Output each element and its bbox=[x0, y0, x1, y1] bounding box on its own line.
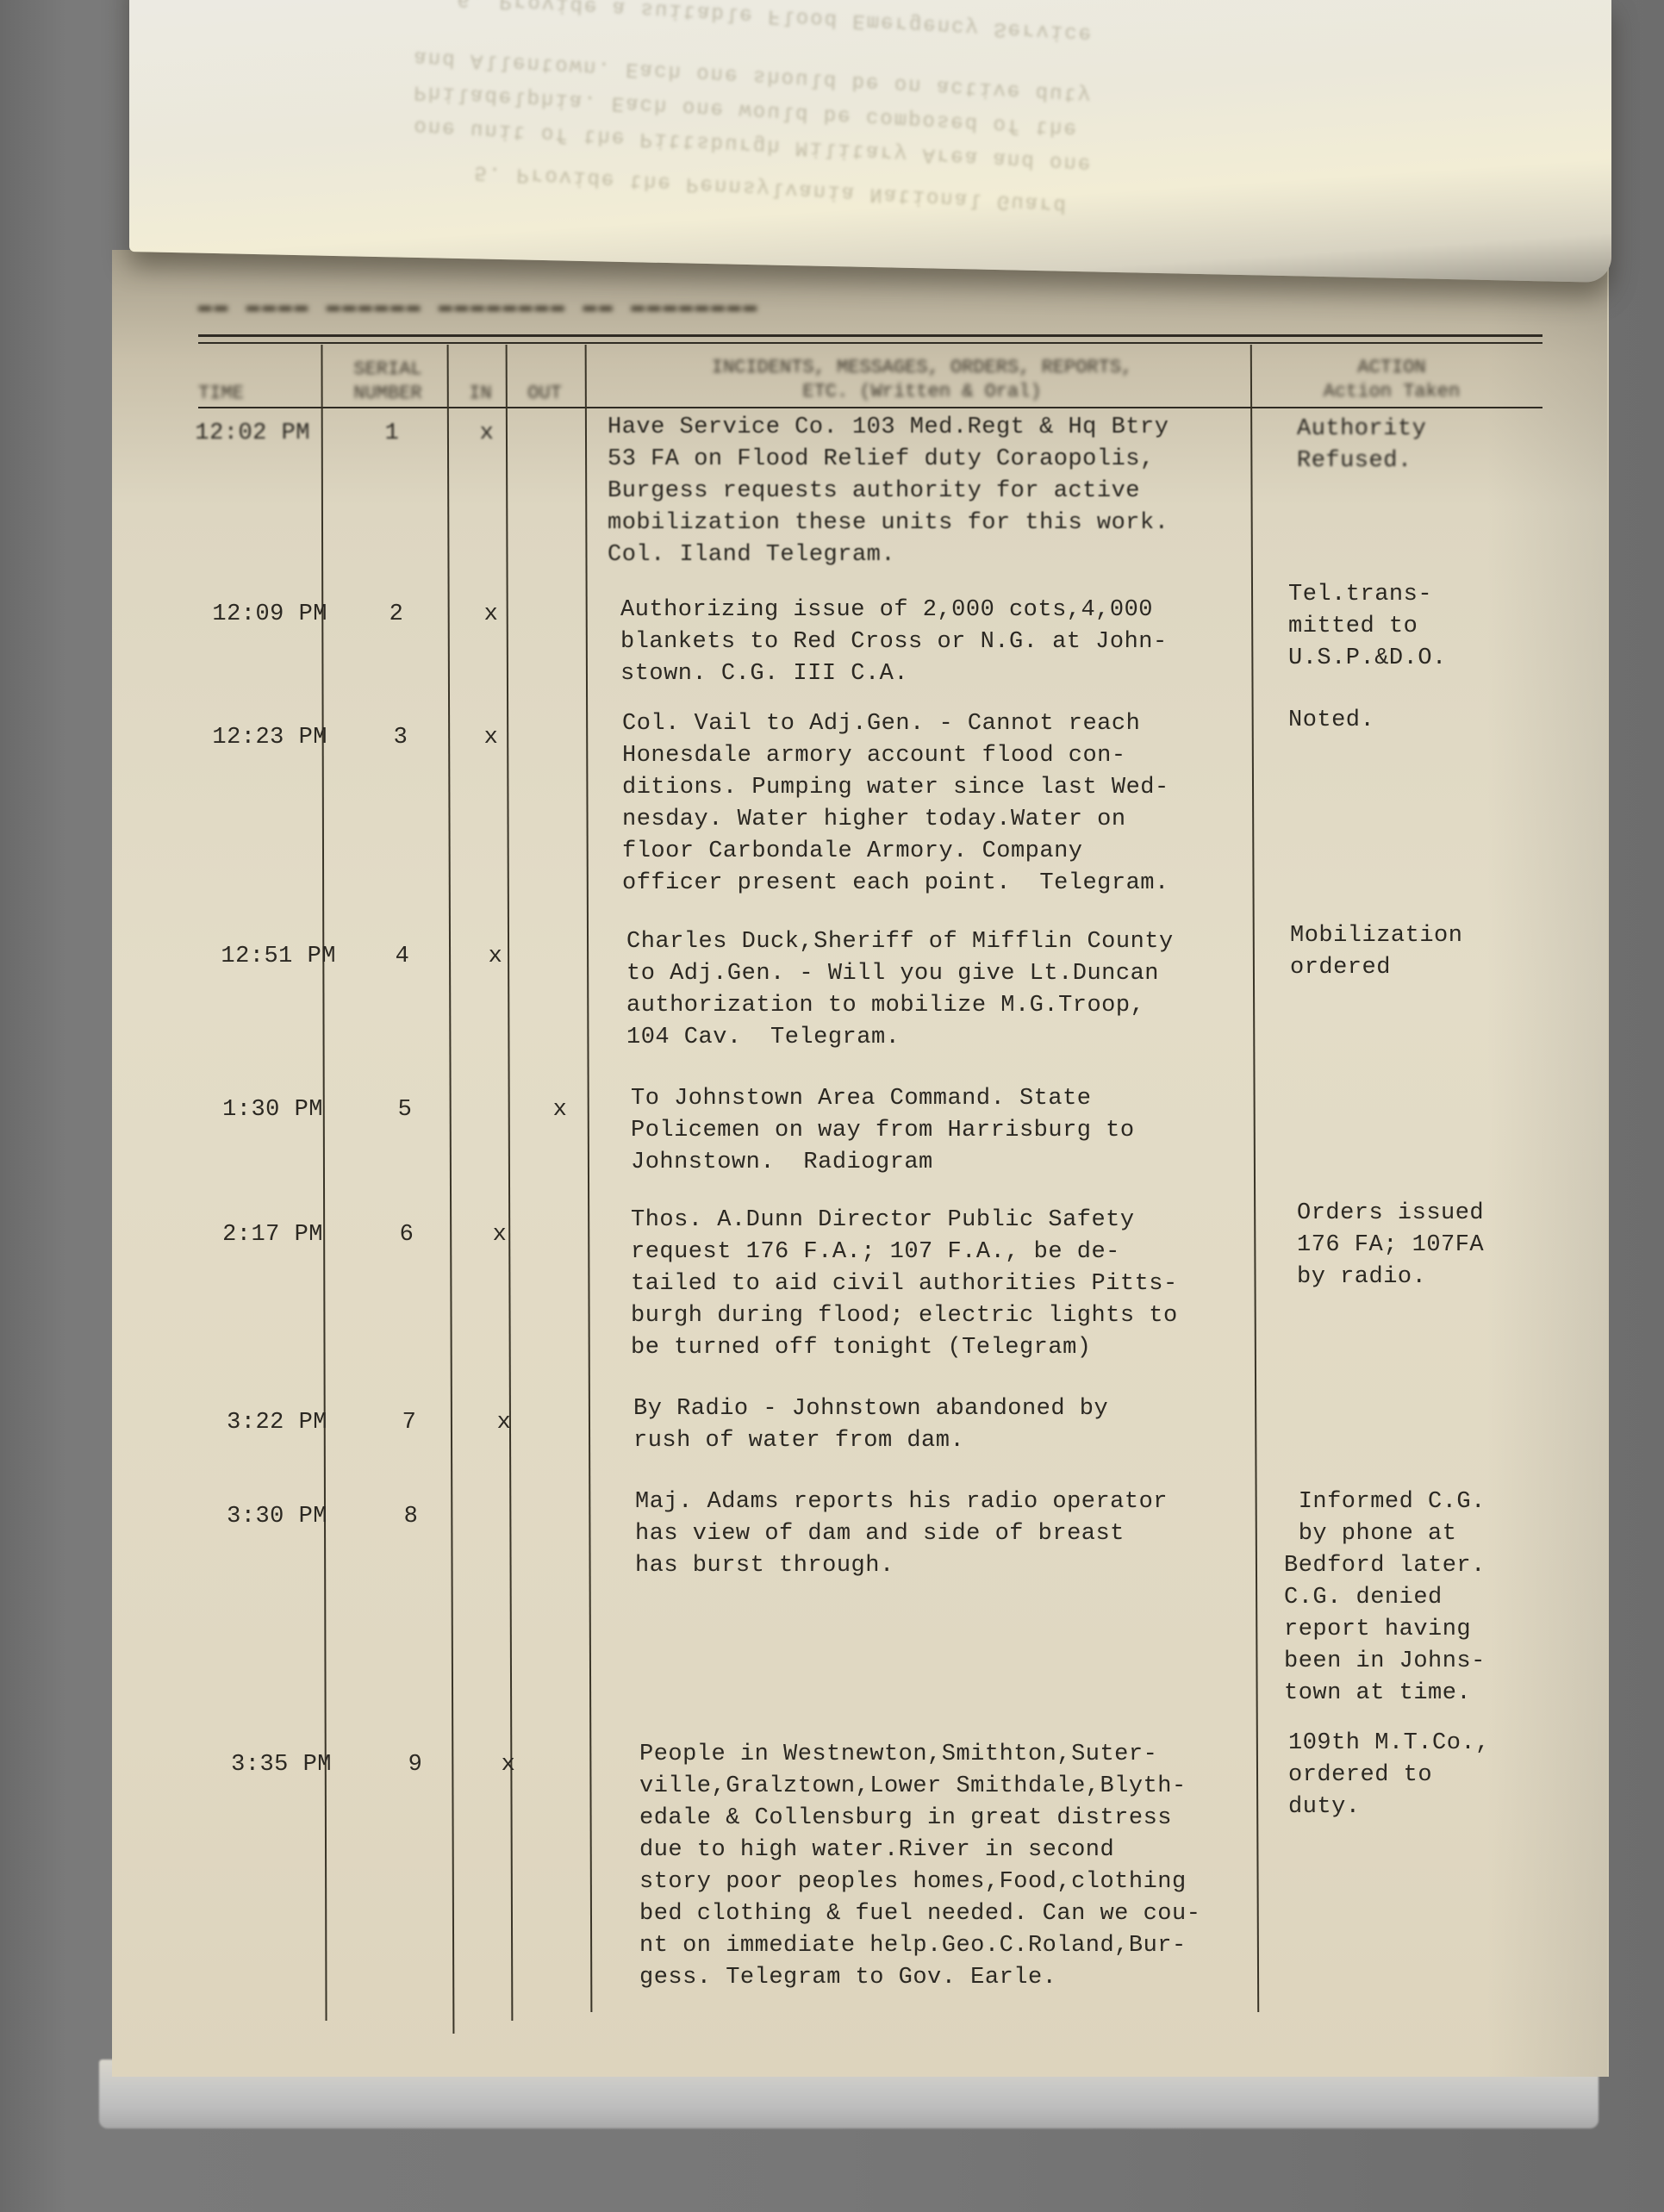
row-incident: Thos. A.Dunn Director Public Safety requ… bbox=[631, 1205, 1178, 1364]
row-time: 12:02 PM bbox=[172, 418, 310, 450]
row-action: Tel.trans- mitted to U.S.P.&D.O. bbox=[1288, 579, 1447, 675]
row-action: Orders issued 176 FA; 107FA by radio. bbox=[1297, 1198, 1484, 1293]
row-out-mark: x bbox=[543, 1094, 577, 1126]
row-serial: 1 bbox=[362, 418, 422, 450]
row-incident: People in Westnewton,Smithton,Suter- vil… bbox=[639, 1739, 1200, 1994]
row-incident: Maj. Adams reports his radio operator ha… bbox=[635, 1486, 1168, 1582]
column-header-time: TIME bbox=[198, 382, 284, 406]
row-action: 109th M.T.Co., ordered to duty. bbox=[1288, 1728, 1490, 1823]
row-time: 3:22 PM bbox=[190, 1407, 327, 1439]
row-time: 1:30 PM bbox=[185, 1094, 323, 1126]
column-header-out: OUT bbox=[510, 382, 579, 406]
row-serial: 7 bbox=[379, 1407, 439, 1439]
row-serial: 8 bbox=[381, 1501, 441, 1533]
row-incident: Have Service Co. 103 Med.Regt & Hq Btry … bbox=[608, 412, 1169, 571]
row-in-mark: x bbox=[474, 722, 508, 754]
row-time: 3:30 PM bbox=[190, 1501, 327, 1533]
row-in-mark: x bbox=[483, 1219, 517, 1251]
row-in-mark: x bbox=[491, 1749, 526, 1781]
column-header-incidents: INCIDENTS, MESSAGES, ORDERS, REPORTS, ET… bbox=[595, 356, 1250, 404]
curled-previous-page: 6. Provide a suitable Flood Emergency Se… bbox=[129, 0, 1611, 283]
column-header-action: ACTION Action Taken bbox=[1262, 356, 1521, 404]
row-time: 12:51 PM bbox=[198, 941, 336, 973]
row-incident: To Johnstown Area Command. State Policem… bbox=[631, 1083, 1135, 1179]
row-time: 2:17 PM bbox=[185, 1219, 323, 1251]
header-top-rule-2 bbox=[198, 342, 1542, 344]
column-header-serial-line2: NUMBER bbox=[336, 382, 439, 406]
row-incident: Col. Vail to Adj.Gen. - Cannot reach Hon… bbox=[622, 708, 1169, 900]
row-serial: 2 bbox=[366, 599, 427, 631]
column-header-incidents-line1: INCIDENTS, MESSAGES, ORDERS, REPORTS, bbox=[595, 356, 1250, 380]
row-time: 12:23 PM bbox=[190, 722, 327, 754]
row-serial: 5 bbox=[375, 1094, 435, 1126]
document-title-blurred: ▬▬ ▬▬▬▬ ▬▬▬▬▬▬ ▬▬▬▬▬▬▬▬ ▬▬ ▬▬▬▬▬▬▬▬ bbox=[198, 293, 759, 319]
row-in-mark: x bbox=[474, 599, 508, 631]
column-header-serial-line1: SERIAL bbox=[336, 358, 439, 382]
row-time: 3:35 PM bbox=[194, 1749, 332, 1781]
header-bottom-rule bbox=[198, 407, 1542, 408]
column-header-serial: SERIAL NUMBER bbox=[336, 358, 439, 406]
row-serial: 9 bbox=[385, 1749, 446, 1781]
row-action: Mobilization ordered bbox=[1290, 920, 1462, 984]
row-time: 12:09 PM bbox=[190, 599, 327, 631]
row-in-mark: x bbox=[478, 941, 513, 973]
row-incident: Authorizing issue of 2,000 cots,4,000 bl… bbox=[620, 595, 1168, 690]
row-action: Informed C.G. by phone at Bedford later.… bbox=[1284, 1486, 1486, 1710]
row-action: Noted. bbox=[1288, 705, 1374, 737]
row-incident: By Radio - Johnstown abandoned by rush o… bbox=[633, 1393, 1108, 1457]
column-header-action-line1: ACTION bbox=[1262, 356, 1521, 380]
row-serial: 4 bbox=[372, 941, 433, 973]
row-serial: 6 bbox=[377, 1219, 437, 1251]
bleed-through-text: 5. Provide the Pennsylvania National Gua… bbox=[474, 171, 1068, 215]
row-in-mark: x bbox=[470, 418, 504, 450]
row-incident: Charles Duck,Sheriff of Mifflin County t… bbox=[626, 926, 1174, 1054]
row-serial: 3 bbox=[371, 722, 431, 754]
bleed-through-text: 6. Provide a suitable Flood Emergency Se… bbox=[457, 0, 1093, 45]
column-header-incidents-line2: ETC. (Written & Oral) bbox=[595, 380, 1250, 404]
row-action: Authority Refused. bbox=[1297, 414, 1426, 477]
column-header-action-line2: Action Taken bbox=[1262, 380, 1521, 404]
column-header-in: IN bbox=[457, 382, 504, 406]
header-top-rule bbox=[198, 334, 1542, 337]
row-in-mark: x bbox=[487, 1407, 521, 1439]
